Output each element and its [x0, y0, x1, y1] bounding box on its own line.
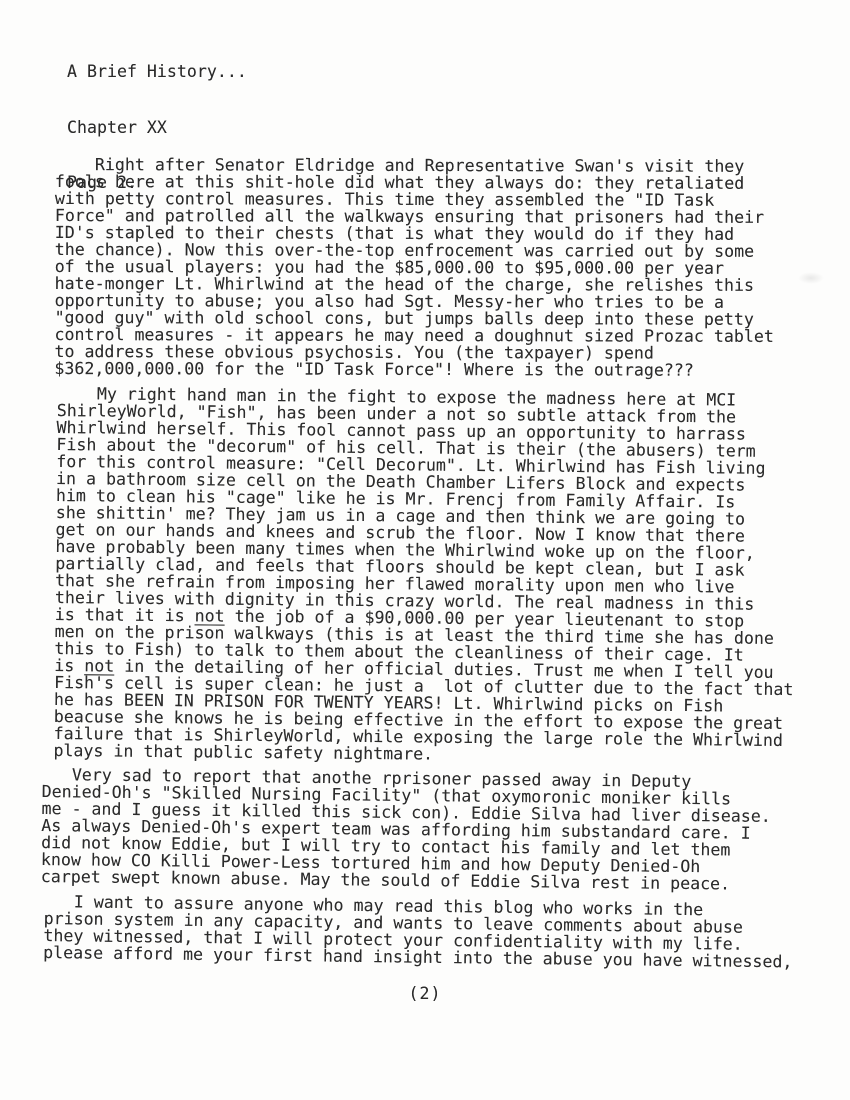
paragraph-2: My right hand man in the fight to expose…	[53, 385, 850, 767]
header-chapter: Chapter XX	[67, 119, 247, 138]
paragraph-3: Very sad to report that anothe rprisoner…	[41, 766, 850, 894]
paragraph-text: Right after Senator Eldridge and Represe…	[54, 155, 773, 380]
paragraph-text: My right hand man in the fight to expose…	[55, 384, 766, 625]
paragraph-text: I want to assure anyone who may read thi…	[43, 892, 792, 971]
header-title: A Brief History...	[67, 63, 247, 82]
page-number-footer: (2)	[0, 984, 850, 1003]
document-body: Right after Senator Eldridge and Represe…	[0, 156, 850, 961]
paragraph-text: in the detailing of her official duties.…	[53, 657, 793, 764]
paragraph-4: I want to assure anyone who may read thi…	[43, 893, 850, 971]
paragraph-1: Right after Senator Eldridge and Represe…	[54, 156, 850, 379]
paragraph-text: Very sad to report that anothe rprisoner…	[41, 765, 771, 893]
scan-artifact-smudge	[798, 272, 824, 284]
scanned-page: A Brief History... Chapter XX Page 2. Ri…	[0, 0, 850, 1100]
